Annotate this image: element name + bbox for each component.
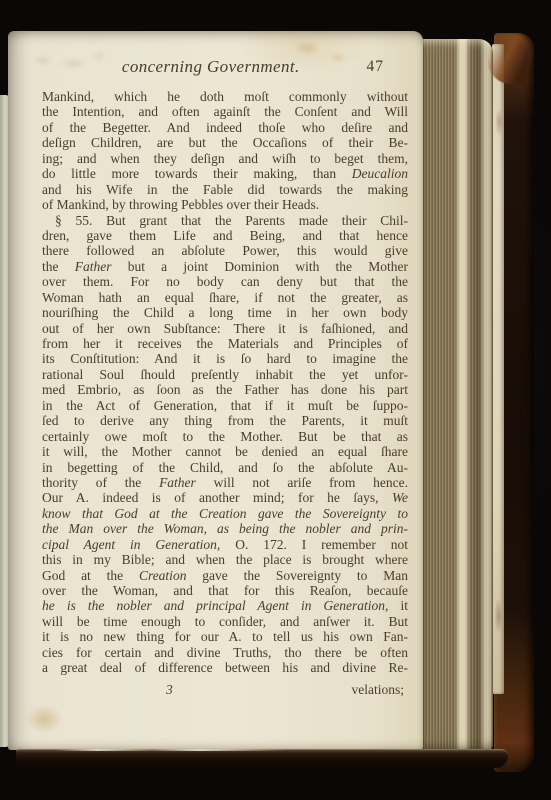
running-title: concerning Government. — [122, 57, 300, 77]
roman-text: Woman hath an equal ſhare, if not the gr… — [42, 290, 408, 305]
italic-text: he is the nobler and principal Agent in … — [42, 598, 388, 613]
roman-text: from her it receives the Materials and P… — [42, 336, 408, 351]
roman-text: in the Act of Generation, that if it muſ… — [42, 398, 408, 413]
text-line: § 55. But grant that the Parents made th… — [42, 213, 408, 228]
signature-mark: 3 — [166, 682, 173, 698]
text-line: Mankind, which he doth moſt commonly wit… — [42, 89, 408, 104]
roman-text: God at the — [42, 568, 139, 583]
text-line: deſign Children, are but the Occaſions o… — [42, 135, 408, 150]
page-footer: 3 velations; — [42, 682, 408, 700]
text-line: rational Soul ſhould preſently inhabit t… — [42, 367, 408, 382]
roman-text: its Conſtitution: And it is ſo hard to i… — [42, 351, 408, 366]
text-line: nouriſhing the Child a long time in her … — [42, 305, 408, 320]
text-line: from her it receives the Materials and P… — [42, 336, 408, 351]
book-bottom-edge — [16, 749, 508, 768]
paper-stain — [26, 705, 62, 733]
roman-text: deſign Children, are but the Occaſions o… — [42, 135, 408, 150]
text-line: out of her own Subſtance: There it is fa… — [42, 321, 408, 336]
roman-text: of the Begetter. And indeed thoſe who de… — [42, 120, 408, 135]
text-line: and his Wife in the Fable did towards th… — [42, 182, 408, 197]
text-line: it is no new thing for our A. to tell us… — [42, 629, 408, 644]
text-line: Our A. indeed is of another mind; for he… — [42, 490, 408, 505]
roman-text: certainly owe moſt to the Mother. But be… — [42, 429, 408, 444]
roman-text: over the Woman, and that for this Reaſon… — [42, 583, 408, 598]
italic-text: the Man over the Woman, as being the nob… — [42, 521, 408, 536]
text-line: there followed an abſolute Power, this w… — [42, 243, 408, 258]
roman-text: dren, gave them Life and Being, and that… — [42, 228, 408, 243]
roman-text: rational Soul ſhould preſently inhabit t… — [42, 367, 408, 382]
roman-text: the Intention, and often againſt the Con… — [42, 104, 408, 119]
paper-stain — [294, 41, 320, 55]
roman-text: will be time enough to conſider, and anſ… — [42, 614, 408, 629]
text-line: God at the Creation gave the Sovereignty… — [42, 568, 408, 583]
italic-text: know that God at the Creation gave the S… — [42, 506, 408, 521]
italic-text: We — [392, 490, 408, 505]
text-line: of the Begetter. And indeed thoſe who de… — [42, 120, 408, 135]
text-line: the Man over the Woman, as being the nob… — [42, 521, 408, 536]
roman-text: gave the Sovereignty to Man — [186, 568, 408, 583]
photo-backdrop: concerning Government. 47 Mankind, which… — [0, 0, 551, 800]
italic-text: Father — [75, 259, 112, 274]
roman-text: a great deal of difference between his a… — [42, 660, 408, 675]
italic-text: Father — [159, 475, 196, 490]
roman-text: and his Wife in the Fable did towards th… — [42, 182, 408, 197]
text-line: a great deal of difference between his a… — [42, 660, 408, 675]
roman-text: § 55. But grant that the Parents made th… — [55, 213, 408, 228]
roman-text: there followed an abſolute Power, this w… — [42, 243, 408, 258]
roman-text: Our A. indeed is of another mind; for he… — [42, 490, 392, 505]
roman-text: over them. For no body can deny but that… — [42, 274, 408, 289]
roman-text: will not ariſe from hence. — [196, 475, 408, 490]
roman-text: of Mankind, by throwing Pebbles over the… — [42, 197, 319, 212]
text-line: cies for certain and divine Truths, tho … — [42, 645, 408, 660]
roman-text: it is no new thing for our A. to tell us… — [42, 629, 408, 644]
cover-corner-top-right — [487, 34, 529, 84]
catchword: velations; — [352, 682, 405, 698]
text-line: dren, gave them Life and Being, and that… — [42, 228, 408, 243]
roman-text: med Embrio, as ſoon as the Father has do… — [42, 382, 408, 397]
text-line: of Mankind, by throwing Pebbles over the… — [42, 197, 408, 212]
endpaper-strip — [492, 44, 504, 694]
text-line: certainly owe moſt to the Mother. But be… — [42, 429, 408, 444]
roman-text: out of her own Subſtance: There it is fa… — [42, 321, 408, 336]
roman-text: ing; and when they deſign and wiſh to be… — [42, 151, 408, 166]
text-line: will be time enough to conſider, and anſ… — [42, 614, 408, 629]
page-number: 47 — [367, 58, 385, 76]
roman-text: Mankind, which he doth moſt commonly wit… — [42, 89, 408, 104]
text-line: in the Act of Generation, that if it muſ… — [42, 398, 408, 413]
text-line: in begetting of the Child, and ſo the ab… — [42, 460, 408, 475]
text-line: Woman hath an equal ſhare, if not the gr… — [42, 290, 408, 305]
page-header: concerning Government. 47 — [42, 57, 408, 79]
roman-text: ſed to derive any thing from the Parents… — [42, 413, 408, 428]
fore-edge-pages — [421, 39, 493, 752]
roman-text: but a joint Dominion with the Mother — [111, 259, 408, 274]
text-line: cipal Agent in Generation, O. 172. I rem… — [42, 537, 408, 552]
text-line: this in my Bible; and when the place is … — [42, 552, 408, 567]
text-line: thority of the Father will not ariſe fro… — [42, 475, 408, 490]
text-line: the Intention, and often againſt the Con… — [42, 104, 408, 119]
italic-text: Deucalion — [352, 166, 408, 181]
book-page: concerning Government. 47 Mankind, which… — [8, 31, 423, 750]
italic-text: Creation — [139, 568, 187, 583]
roman-text: in begetting of the Child, and ſo the ab… — [42, 460, 408, 475]
roman-text: nouriſhing the Child a long time in her … — [42, 305, 408, 320]
text-line: its Conſtitution: And it is ſo hard to i… — [42, 351, 408, 366]
text-line: over them. For no body can deny but that… — [42, 274, 408, 289]
text-line: med Embrio, as ſoon as the Father has do… — [42, 382, 408, 397]
text-line: he is the nobler and principal Agent in … — [42, 598, 408, 613]
text-line: do little more towards their making, tha… — [42, 166, 408, 181]
roman-text: O. 172. I remember not — [220, 537, 408, 552]
text-line: the Father but a joint Dominion with the… — [42, 259, 408, 274]
roman-text: do little more towards their making, tha… — [42, 166, 352, 181]
text-line: over the Woman, and that for this Reaſon… — [42, 583, 408, 598]
italic-text: cipal Agent in Generation, — [42, 537, 220, 552]
text-line: ſed to derive any thing from the Parents… — [42, 413, 408, 428]
roman-text: thority of the — [42, 475, 159, 490]
roman-text: this in my Bible; and when the place is … — [42, 552, 408, 567]
body-text: Mankind, which he doth moſt commonly wit… — [42, 89, 408, 676]
roman-text: it will, the Mother cannot be denied an … — [42, 444, 408, 459]
roman-text: cies for certain and divine Truths, tho … — [42, 645, 408, 660]
roman-text: the — [42, 259, 75, 274]
text-line: know that God at the Creation gave the S… — [42, 506, 408, 521]
text-line: it will, the Mother cannot be denied an … — [42, 444, 408, 459]
text-line: ing; and when they deſign and wiſh to be… — [42, 151, 408, 166]
roman-text: it — [388, 598, 408, 613]
